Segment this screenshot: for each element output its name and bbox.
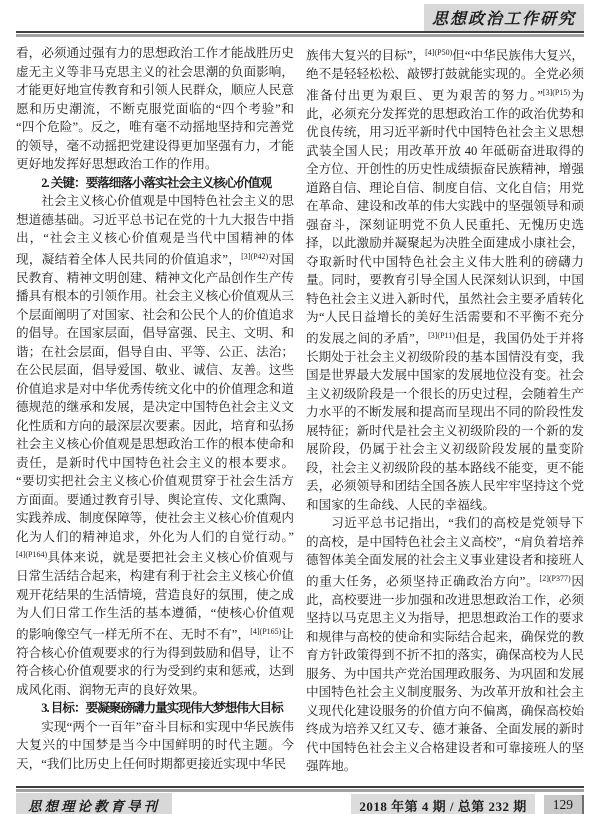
text-segment: 2. 关键：要落细落小落实社会主义核心价值观	[41, 176, 271, 190]
right-column: 族伟大复兴的目标”，[4](P50)但“中华民族伟大复兴，绝不是轻轻松松、敲锣打…	[306, 44, 584, 784]
citation-ref: [4](P164)	[16, 550, 47, 559]
text-segment: 实现“两个一百年”奋斗目标和实现中华民族伟大复兴的中国梦是当今中国鲜明的时代主题…	[16, 720, 294, 771]
running-head: 思想政治工作研究	[424, 4, 584, 32]
page-number: 129	[544, 795, 584, 814]
page-footer: 思想理论教育导刊 2018 年第 4 期 / 总第 232 期 129	[16, 793, 584, 814]
citation-ref: [4](P50)	[425, 48, 452, 57]
page-header: 思想政治工作研究	[424, 4, 584, 32]
citation-ref: [3](P11)	[428, 331, 455, 340]
journal-page: 思想政治工作研究 看，必须通过强有力的思想政治工作才能战胜历史虚无主义等非马克思…	[0, 0, 600, 814]
text-segment: 因此，高校要进一步加强和改进思想政治工作，必须坚持以马克思主义为指导，把思想政治…	[306, 574, 584, 773]
citation-ref: [3](P42)	[241, 252, 268, 261]
body-paragraph: 习近平总书记指出，“我们的高校是党领导下的高校，是中国特色社会主义高校”，“肩负…	[306, 514, 584, 776]
citation-ref: [3](P15)	[543, 88, 570, 97]
text-segment: 对国民教育、精神文明创建、精神文化产品创作生产传播具有根本的引领作用。社会主义核…	[16, 252, 294, 544]
section-heading: 2. 关键：要落细落小落实社会主义核心价值观	[16, 174, 294, 193]
article-body: 看，必须通过强有力的思想政治工作才能战胜历史虚无主义等非马克思主义的社会思潮的负…	[16, 44, 584, 784]
text-segment: 看，必须通过强有力的思想政治工作才能战胜历史虚无主义等非马克思主义的社会思潮的负…	[16, 46, 294, 171]
text-segment: 但是，我国仍处于并将长期处于社会主义初级阶段的基本国情没有变，我国是世界最大发展…	[306, 331, 584, 512]
body-paragraph: 实现“两个一百年”奋斗目标和实现中华民族伟大复兴的中国梦是当今中国鲜明的时代主题…	[16, 718, 294, 774]
footer-divider	[16, 786, 584, 792]
body-paragraph: 社会主义核心价值观是中国特色社会主义的思想道德基础。习近平总书记在党的十九大报告…	[16, 192, 294, 699]
footer-right-group: 2018 年第 4 期 / 总第 232 期 129	[351, 794, 584, 814]
body-paragraph: 看，必须通过强有力的思想政治工作才能战胜历史虚无主义等非马克思主义的社会思潮的负…	[16, 44, 294, 174]
text-segment: 族伟大复兴的目标”，	[306, 49, 425, 63]
section-heading: 3. 目标：要凝聚磅礴力量实现伟大梦想伟大目标	[16, 699, 294, 718]
text-segment: 3. 目标：要凝聚磅礴力量实现伟大梦想伟大目标	[41, 701, 282, 715]
journal-name: 思想理论教育导刊	[16, 793, 172, 814]
header-divider	[16, 31, 584, 37]
issue-info: 2018 年第 4 期 / 总第 232 期	[351, 794, 534, 814]
citation-ref: [2](P377)	[540, 574, 571, 583]
body-paragraph: 族伟大复兴的目标”，[4](P50)但“中华民族伟大复兴，绝不是轻轻松松、敲锣打…	[306, 44, 584, 514]
citation-ref: [4](P165)	[250, 627, 281, 636]
left-column: 看，必须通过强有力的思想政治工作才能战胜历史虚无主义等非马克思主义的社会思潮的负…	[16, 44, 294, 784]
text-segment: 为此，必须充分发挥党的思想政治工作的政治优势和优良传统，用习近平新时代中国特色社…	[306, 88, 584, 345]
